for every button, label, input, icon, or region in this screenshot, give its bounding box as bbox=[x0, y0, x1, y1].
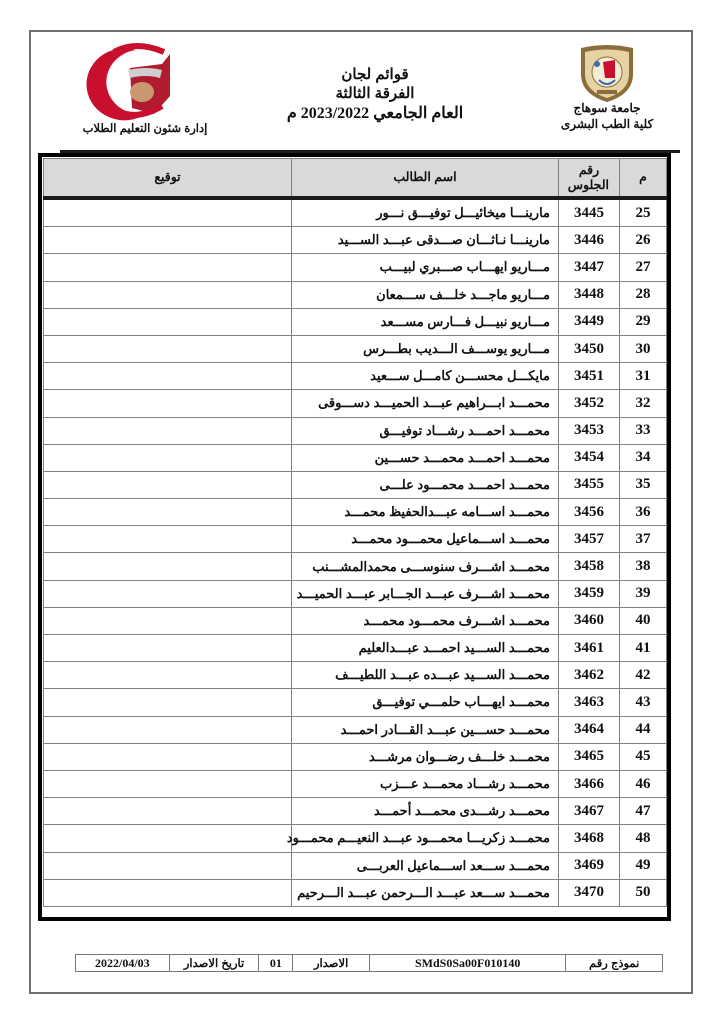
row-student-name: محمـــد اســـماعيل محمـــود محمـــد bbox=[292, 526, 559, 553]
row-seat-number: 3447 bbox=[559, 254, 620, 281]
row-student-name: محمـــد اســـامه عبـــدالحفيظ محمـــد bbox=[292, 499, 559, 526]
row-seat-number: 3450 bbox=[559, 335, 620, 362]
row-student-name: محمـــد رشـــاد محمـــد عـــزب bbox=[292, 770, 559, 797]
row-index: 41 bbox=[620, 635, 667, 662]
table-row: 353455محمـــد احمـــد محمـــود علـــى bbox=[44, 471, 667, 498]
row-index: 40 bbox=[620, 607, 667, 634]
row-signature-field[interactable] bbox=[44, 417, 292, 444]
row-signature-field[interactable] bbox=[44, 798, 292, 825]
row-student-name: مـــاريو ايهـــاب صـــبري لبيـــب bbox=[292, 254, 559, 281]
row-index: 48 bbox=[620, 825, 667, 852]
table-row: 433463محمـــد ايهـــاب حلمـــي توفيـــق bbox=[44, 689, 667, 716]
row-index: 28 bbox=[620, 281, 667, 308]
row-student-name: مـــاريو نبيـــل فـــارس مســـعد bbox=[292, 308, 559, 335]
row-student-name: مارينـــا نـاثـــان صـــدقى عبـــد الســ… bbox=[292, 227, 559, 254]
row-index: 29 bbox=[620, 308, 667, 335]
row-seat-number: 3457 bbox=[559, 526, 620, 553]
seat-number-label: رقم الجلوس bbox=[569, 163, 609, 193]
version-label: الاصدار bbox=[292, 955, 369, 971]
table-row: 503470محمـــد ســـعد عبـــد الـــرحمن عب… bbox=[44, 879, 667, 906]
row-index: 46 bbox=[620, 770, 667, 797]
table-row: 293449مـــاريو نبيـــل فـــارس مســـعد bbox=[44, 308, 667, 335]
title-year-level: الفرقة الثالثة bbox=[260, 84, 490, 103]
row-index: 36 bbox=[620, 499, 667, 526]
row-signature-field[interactable] bbox=[44, 716, 292, 743]
row-index: 44 bbox=[620, 716, 667, 743]
row-index: 39 bbox=[620, 580, 667, 607]
table-row: 403460محمـــد اشـــرف محمـــود محمـــد bbox=[44, 607, 667, 634]
row-index: 31 bbox=[620, 363, 667, 390]
table-row: 343454محمـــد احمـــد محمـــد حســـين bbox=[44, 444, 667, 471]
row-signature-field[interactable] bbox=[44, 852, 292, 879]
table-row: 283448مـــاريو ماجـــد خلـــف ســـمعان bbox=[44, 281, 667, 308]
row-signature-field[interactable] bbox=[44, 607, 292, 634]
row-student-name: محمـــد احمـــد محمـــود علـــى bbox=[292, 471, 559, 498]
row-index: 27 bbox=[620, 254, 667, 281]
row-student-name: مـــاريو يوســـف الـــديب بطـــرس bbox=[292, 335, 559, 362]
table-row: 383458محمـــد اشـــرف سنوســـى محمدالمشـ… bbox=[44, 553, 667, 580]
row-student-name: محمـــد خلـــف رضـــوان مرشـــد bbox=[292, 743, 559, 770]
row-student-name: محمـــد اشـــرف محمـــود محمـــد bbox=[292, 607, 559, 634]
table-row: 303450مـــاريو يوســـف الـــديب بطـــرس bbox=[44, 335, 667, 362]
row-signature-field[interactable] bbox=[44, 662, 292, 689]
row-seat-number: 3462 bbox=[559, 662, 620, 689]
form-number: SMdS0Sa00F010140 bbox=[369, 955, 565, 971]
table-row: 373457محمـــد اســـماعيل محمـــود محمـــ… bbox=[44, 526, 667, 553]
table-row: 493469محمـــد ســـعد اســـماعيل العربـــ… bbox=[44, 852, 667, 879]
row-seat-number: 3461 bbox=[559, 635, 620, 662]
row-signature-field[interactable] bbox=[44, 499, 292, 526]
row-student-name: محمـــد ايهـــاب حلمـــي توفيـــق bbox=[292, 689, 559, 716]
roster-table-container: م رقم الجلوس اسم الطالب توقيع 253445ماري… bbox=[38, 153, 671, 921]
form-number-label: نموذج رقم bbox=[565, 955, 662, 971]
row-index: 42 bbox=[620, 662, 667, 689]
row-index: 30 bbox=[620, 335, 667, 362]
row-seat-number: 3448 bbox=[559, 281, 620, 308]
row-student-name: محمـــد ابـــراهيم عبـــد الحميـــد دســ… bbox=[292, 390, 559, 417]
row-signature-field[interactable] bbox=[44, 743, 292, 770]
row-seat-number: 3455 bbox=[559, 471, 620, 498]
row-student-name: محمـــد الســـيد عبـــده عبـــد اللطيـــ… bbox=[292, 662, 559, 689]
row-index: 49 bbox=[620, 852, 667, 879]
row-seat-number: 3469 bbox=[559, 852, 620, 879]
row-index: 32 bbox=[620, 390, 667, 417]
row-signature-field[interactable] bbox=[44, 526, 292, 553]
row-seat-number: 3445 bbox=[559, 198, 620, 227]
row-index: 33 bbox=[620, 417, 667, 444]
row-signature-field[interactable] bbox=[44, 227, 292, 254]
row-seat-number: 3468 bbox=[559, 825, 620, 852]
row-seat-number: 3451 bbox=[559, 363, 620, 390]
issue-date-label: تاريخ الاصدار bbox=[169, 955, 259, 971]
table-row: 463466محمـــد رشـــاد محمـــد عـــزب bbox=[44, 770, 667, 797]
row-signature-field[interactable] bbox=[44, 770, 292, 797]
column-header-signature: توقيع bbox=[44, 159, 292, 199]
column-header-student-name: اسم الطالب bbox=[292, 159, 559, 199]
row-signature-field[interactable] bbox=[44, 879, 292, 906]
row-seat-number: 3459 bbox=[559, 580, 620, 607]
row-index: 47 bbox=[620, 798, 667, 825]
table-row: 363456محمـــد اســـامه عبـــدالحفيظ محمـ… bbox=[44, 499, 667, 526]
row-index: 50 bbox=[620, 879, 667, 906]
table-row: 443464محمـــد حســـين عبـــد القـــادر ا… bbox=[44, 716, 667, 743]
table-row: 253445مارينـــا ميخائيـــل توفيـــق نـــ… bbox=[44, 198, 667, 227]
table-row: 313451مايكـــل محســـن كامـــل ســـعيد bbox=[44, 363, 667, 390]
table-row: 263446مارينـــا نـاثـــان صـــدقى عبـــد… bbox=[44, 227, 667, 254]
row-seat-number: 3463 bbox=[559, 689, 620, 716]
row-signature-field[interactable] bbox=[44, 825, 292, 852]
table-row: 413461محمـــد الســـيد احمـــد عبـــدالع… bbox=[44, 635, 667, 662]
row-seat-number: 3460 bbox=[559, 607, 620, 634]
row-student-name: محمـــد احمـــد محمـــد حســـين bbox=[292, 444, 559, 471]
row-seat-number: 3464 bbox=[559, 716, 620, 743]
row-seat-number: 3454 bbox=[559, 444, 620, 471]
row-seat-number: 3452 bbox=[559, 390, 620, 417]
version-number: 01 bbox=[258, 955, 292, 971]
row-student-name: محمـــد اشـــرف عبـــد الجـــابر عبـــد … bbox=[292, 580, 559, 607]
row-signature-field[interactable] bbox=[44, 198, 292, 227]
row-signature-field[interactable] bbox=[44, 308, 292, 335]
row-signature-field[interactable] bbox=[44, 553, 292, 580]
row-signature-field[interactable] bbox=[44, 335, 292, 362]
row-seat-number: 3446 bbox=[559, 227, 620, 254]
row-student-name: محمـــد الســـيد احمـــد عبـــدالعليم bbox=[292, 635, 559, 662]
row-signature-field[interactable] bbox=[44, 471, 292, 498]
table-row: 423462محمـــد الســـيد عبـــده عبـــد ال… bbox=[44, 662, 667, 689]
table-row: 273447مـــاريو ايهـــاب صـــبري لبيـــب bbox=[44, 254, 667, 281]
university-emblem-icon bbox=[575, 44, 639, 104]
form-footer: نموذج رقم SMdS0Sa00F010140 الاصدار 01 تا… bbox=[75, 954, 663, 972]
row-signature-field[interactable] bbox=[44, 254, 292, 281]
university-name: جامعة سوهاج كلية الطب البشرى bbox=[540, 100, 674, 132]
row-signature-field[interactable] bbox=[44, 580, 292, 607]
row-student-name: مارينـــا ميخائيـــل توفيـــق نـــور bbox=[292, 198, 559, 227]
row-student-name: محمـــد اشـــرف سنوســـى محمدالمشـــنب bbox=[292, 553, 559, 580]
university-title: جامعة سوهاج bbox=[540, 100, 674, 116]
row-signature-field[interactable] bbox=[44, 689, 292, 716]
row-seat-number: 3466 bbox=[559, 770, 620, 797]
title-committee-lists: قوائم لجان bbox=[260, 65, 490, 84]
row-student-name: مايكـــل محســـن كامـــل ســـعيد bbox=[292, 363, 559, 390]
row-seat-number: 3467 bbox=[559, 798, 620, 825]
row-index: 35 bbox=[620, 471, 667, 498]
row-seat-number: 3470 bbox=[559, 879, 620, 906]
row-student-name: محمـــد احمـــد رشـــاد توفيـــق bbox=[292, 417, 559, 444]
column-header-seat-number: رقم الجلوس bbox=[559, 159, 620, 199]
title-academic-year: العام الجامعي 2023/2022 م bbox=[260, 103, 490, 125]
issue-date: 2022/04/03 bbox=[76, 955, 169, 971]
row-student-name: محمـــد رشـــدى محمـــد أحمـــد bbox=[292, 798, 559, 825]
row-signature-field[interactable] bbox=[44, 281, 292, 308]
row-seat-number: 3458 bbox=[559, 553, 620, 580]
table-row: 333453محمـــد احمـــد رشـــاد توفيـــق bbox=[44, 417, 667, 444]
faculty-logo-icon bbox=[66, 42, 186, 124]
roster-table: م رقم الجلوس اسم الطالب توقيع 253445ماري… bbox=[43, 158, 667, 907]
row-index: 34 bbox=[620, 444, 667, 471]
row-student-name: محمـــد ســـعد عبـــد الـــرحمن عبـــد ا… bbox=[292, 879, 559, 906]
row-seat-number: 3449 bbox=[559, 308, 620, 335]
row-seat-number: 3465 bbox=[559, 743, 620, 770]
row-seat-number: 3456 bbox=[559, 499, 620, 526]
row-index: 25 bbox=[620, 198, 667, 227]
row-signature-field[interactable] bbox=[44, 390, 292, 417]
row-seat-number: 3453 bbox=[559, 417, 620, 444]
column-header-index: م bbox=[620, 159, 667, 199]
document-title: قوائم لجان الفرقة الثالثة العام الجامعي … bbox=[260, 65, 490, 125]
faculty-title: كلية الطب البشرى bbox=[540, 116, 674, 132]
row-student-name: مـــاريو ماجـــد خلـــف ســـمعان bbox=[292, 281, 559, 308]
table-header-row: م رقم الجلوس اسم الطالب توقيع bbox=[44, 159, 667, 199]
row-student-name: محمـــد زكريـــا محمـــود عبـــد النعيــ… bbox=[292, 825, 559, 852]
table-row: 483468محمـــد زكريـــا محمـــود عبـــد ا… bbox=[44, 825, 667, 852]
table-row: 473467محمـــد رشـــدى محمـــد أحمـــد bbox=[44, 798, 667, 825]
roster-body: 253445مارينـــا ميخائيـــل توفيـــق نـــ… bbox=[44, 198, 667, 906]
table-row: 393459محمـــد اشـــرف عبـــد الجـــابر ع… bbox=[44, 580, 667, 607]
table-row: 323452محمـــد ابـــراهيم عبـــد الحميـــ… bbox=[44, 390, 667, 417]
row-student-name: محمـــد حســـين عبـــد القـــادر احمـــد bbox=[292, 716, 559, 743]
row-index: 43 bbox=[620, 689, 667, 716]
row-signature-field[interactable] bbox=[44, 363, 292, 390]
row-index: 37 bbox=[620, 526, 667, 553]
row-signature-field[interactable] bbox=[44, 444, 292, 471]
department-name: إدارة شئون التعليم الطلاب bbox=[60, 121, 230, 135]
row-student-name: محمـــد ســـعد اســـماعيل العربـــى bbox=[292, 852, 559, 879]
table-row: 453465محمـــد خلـــف رضـــوان مرشـــد bbox=[44, 743, 667, 770]
row-index: 45 bbox=[620, 743, 667, 770]
row-index: 26 bbox=[620, 227, 667, 254]
row-index: 38 bbox=[620, 553, 667, 580]
row-signature-field[interactable] bbox=[44, 635, 292, 662]
